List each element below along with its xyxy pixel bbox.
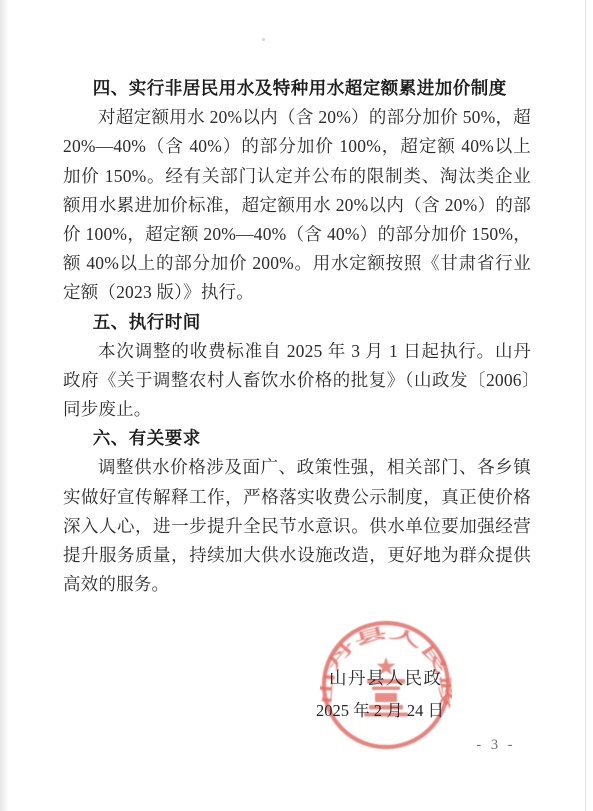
scan-right-edge-line (585, 0, 586, 811)
body-line: 实做好宣传解释工作，严格落实收费公示制度，真正使价格政策 (63, 483, 531, 512)
body-line: 价 100%，超定额 20%—40%（含 40%）的部分加价 150%，超定 (63, 220, 531, 249)
body-line: 额 40%以上的部分加价 200%。用水定额按照《甘肃省行业用水 (63, 249, 531, 278)
body-line: 对超定额用水 20%以内（含 20%）的部分加价 50%，超定额 (63, 103, 531, 132)
body-line: 高效的服务。 (63, 570, 531, 599)
body-line: 加价 150%。经有关部门认定并公布的限制类、淘汰类企业超定 (63, 162, 531, 191)
body-line: 同步废止。 (63, 395, 531, 424)
body-line: 定额（2023 版）》执行。 (63, 278, 531, 307)
body-line: 调整供水价格涉及面广、政策性强，相关部门、各乡镇要切 (63, 453, 531, 482)
scan-left-shadow (0, 0, 9, 811)
body-line: 提升服务质量，持续加大供水设施改造，更好地为群众提供优质 (63, 541, 531, 570)
signature-issuer: 山丹县人民政府 (329, 666, 441, 691)
page-number: - 3 - (466, 735, 526, 755)
signature-date: 2025 年 2 月 24 日 (316, 698, 444, 723)
scan-speck (262, 38, 265, 41)
section-heading-6: 六、有关要求 (63, 424, 531, 453)
scanned-document-page: 四、实行非居民用水及特种用水超定额累进加价制度 对超定额用水 20%以内（含 2… (0, 0, 593, 811)
body-line: 深入人心，进一步提升全民节水意识。供水单位要加强经营管理， (63, 512, 531, 541)
section-heading-5: 五、执行时间 (63, 308, 531, 337)
body-line: 本次调整的收费标准自 2025 年 3 月 1 日起执行。山丹县人民 (63, 337, 531, 366)
body-line: 政府《关于调整农村人畜饮水价格的批复》（山政发〔2006〕4 号） (63, 366, 531, 395)
body-line: 20%—40%（含 40%）的部分加价 100%，超定额 40%以上的部分 (63, 132, 531, 161)
document-body: 四、实行非居民用水及特种用水超定额累进加价制度 对超定额用水 20%以内（含 2… (63, 74, 531, 599)
body-line: 额用水累进加价标准，超定额用水 20%以内（含 20%）的部分加 (63, 191, 531, 220)
section-heading-4: 四、实行非居民用水及特种用水超定额累进加价制度 (63, 74, 531, 103)
